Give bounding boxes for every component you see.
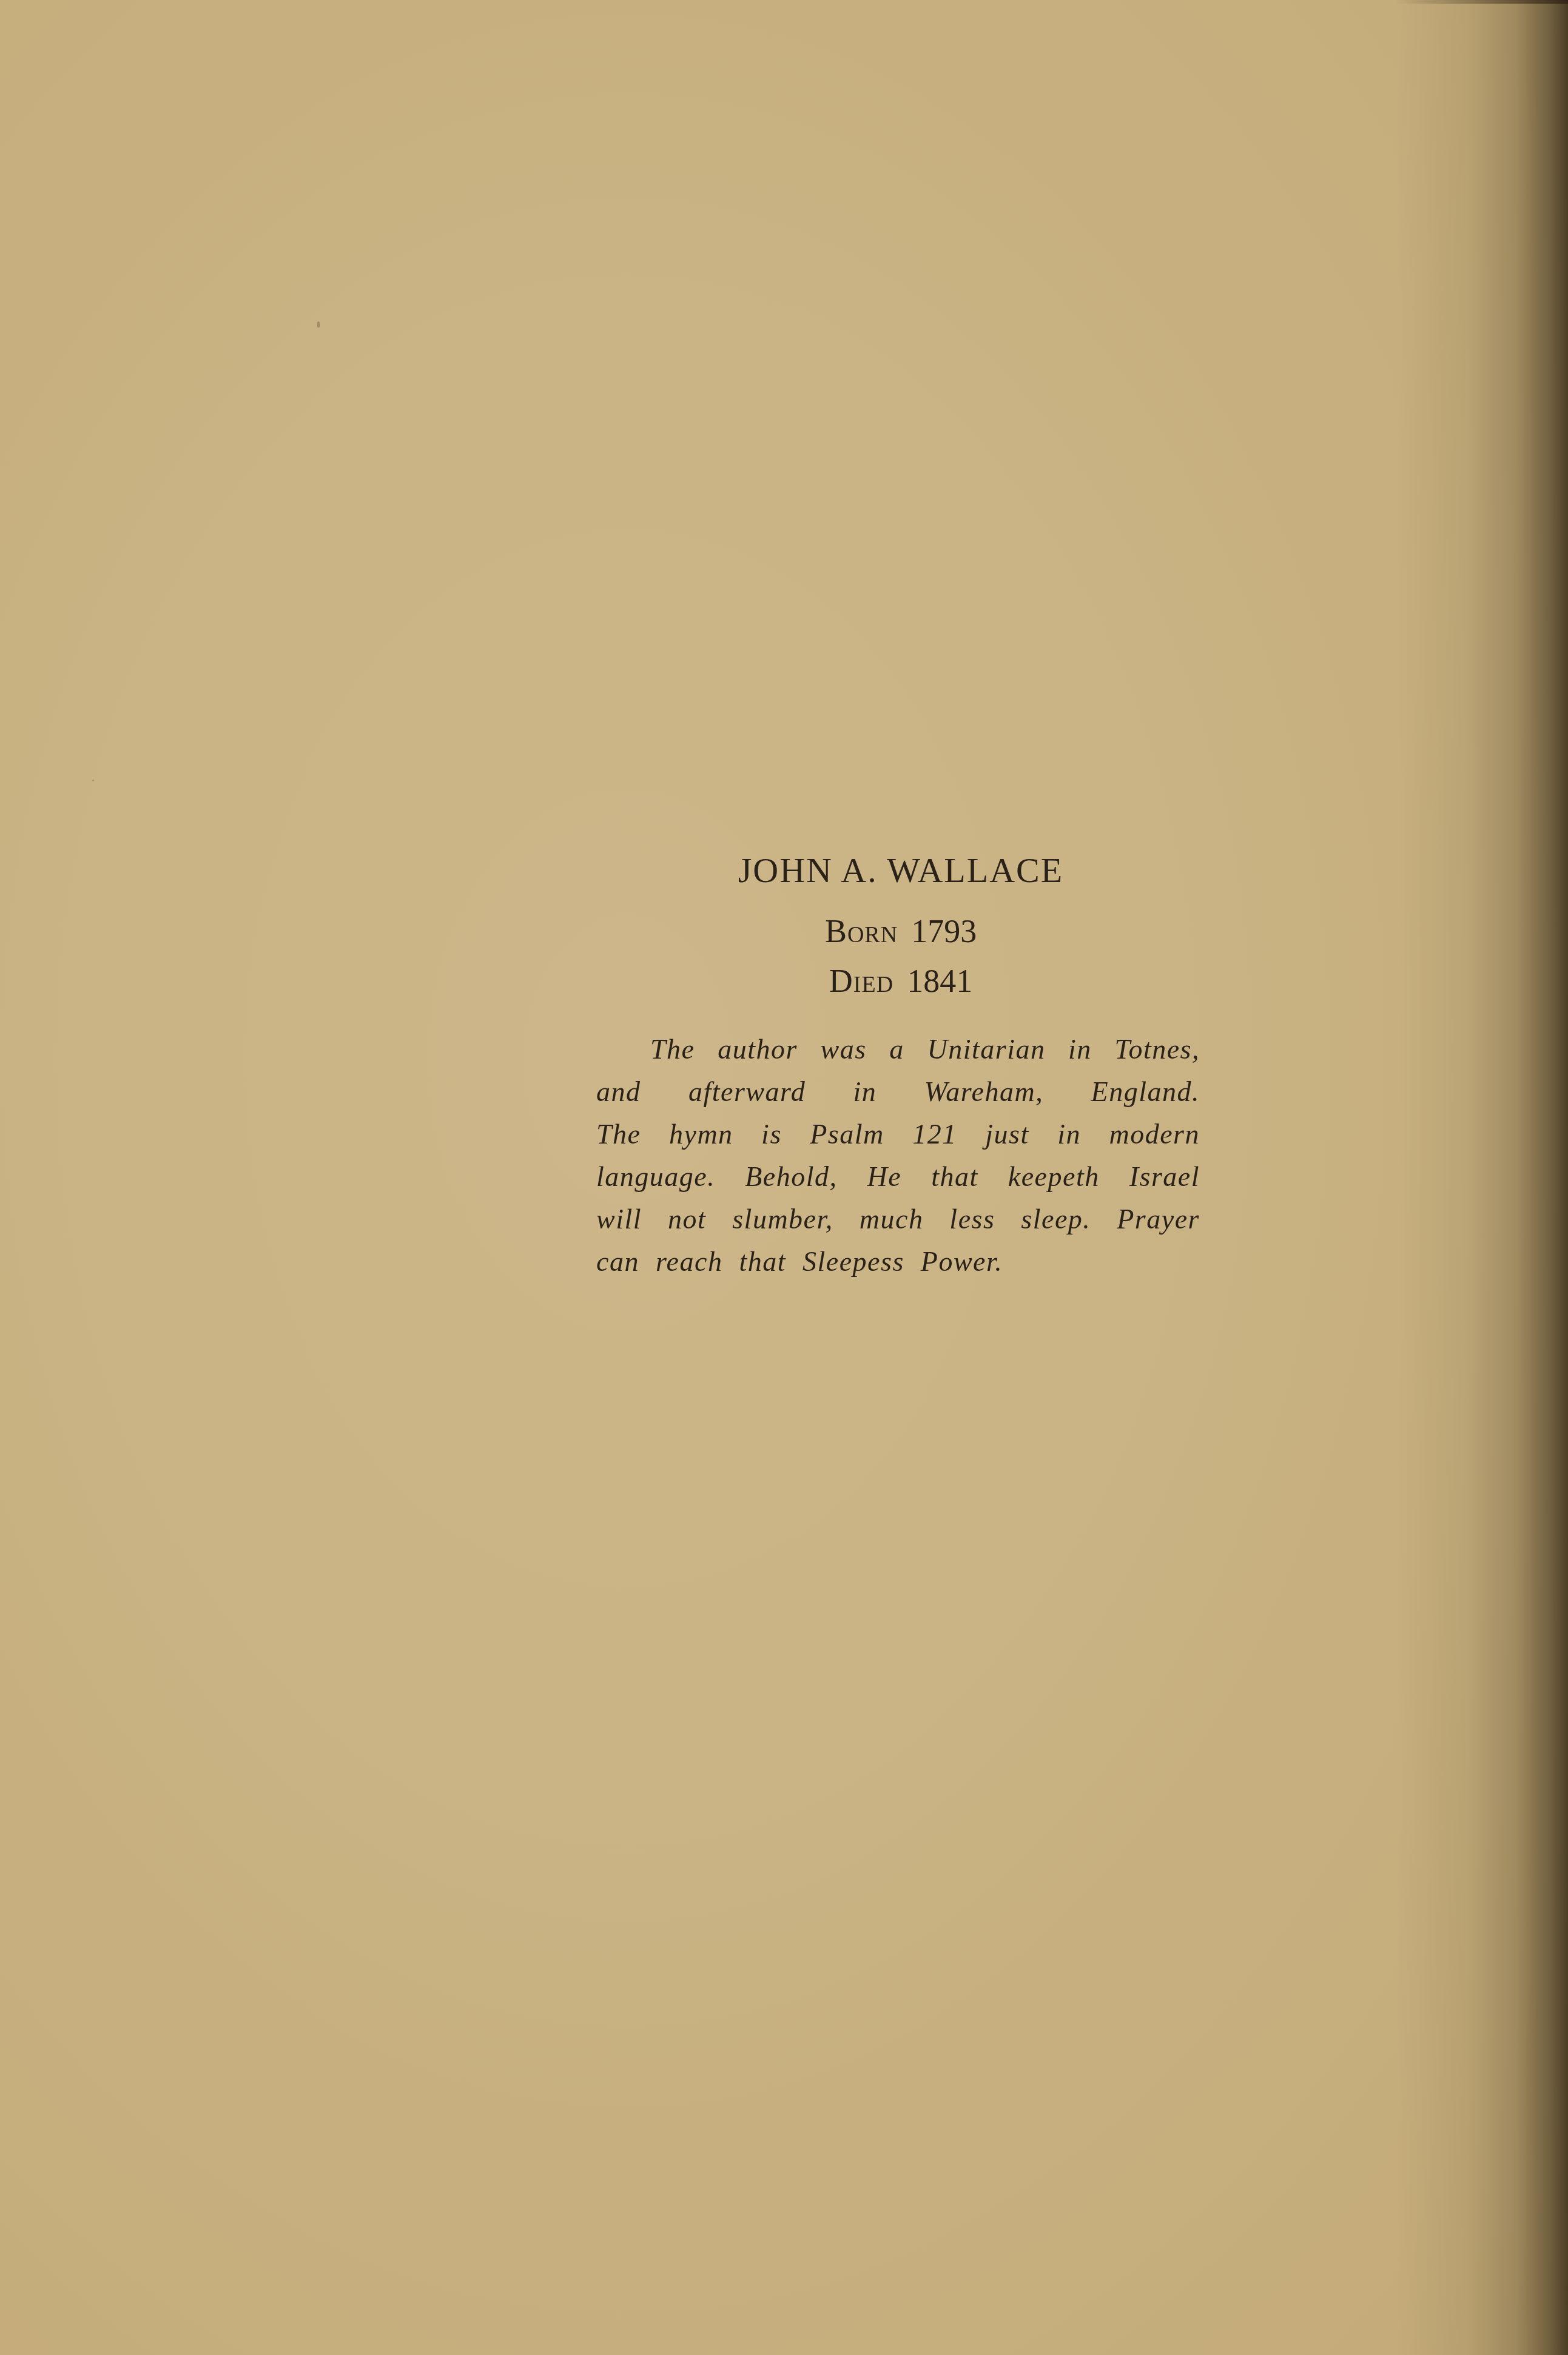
paper-speck — [92, 780, 94, 781]
note-line: and afterward in Wareham, England. — [596, 1071, 1200, 1113]
note-line: language. Behold, He that keepeth Israel — [596, 1156, 1200, 1198]
author-note-paragraph: The author was a Unitarian in Totnes, an… — [596, 1028, 1200, 1283]
paper-speck — [317, 322, 320, 328]
note-line: can reach that Sleepess Power. — [596, 1241, 1200, 1283]
note-line: The hymn is Psalm 121 just in modern — [596, 1113, 1200, 1156]
died-label: Died — [829, 963, 893, 999]
note-line: The author was a Unitarian in Totnes, — [596, 1028, 1200, 1071]
page-edge-shadow — [1395, 0, 1568, 4]
born-label: Born — [825, 913, 898, 949]
note-line: will not slumber, much less sleep. Praye… — [596, 1198, 1200, 1241]
died-year: 1841 — [907, 963, 972, 999]
book-page: JOHN A. WALLACE Born1793 Died1841 The au… — [0, 0, 1568, 2355]
born-year: 1793 — [911, 913, 977, 949]
died-line: Died1841 — [722, 960, 1080, 1002]
author-name-heading: JOHN A. WALLACE — [722, 849, 1080, 892]
born-line: Born1793 — [722, 910, 1080, 952]
